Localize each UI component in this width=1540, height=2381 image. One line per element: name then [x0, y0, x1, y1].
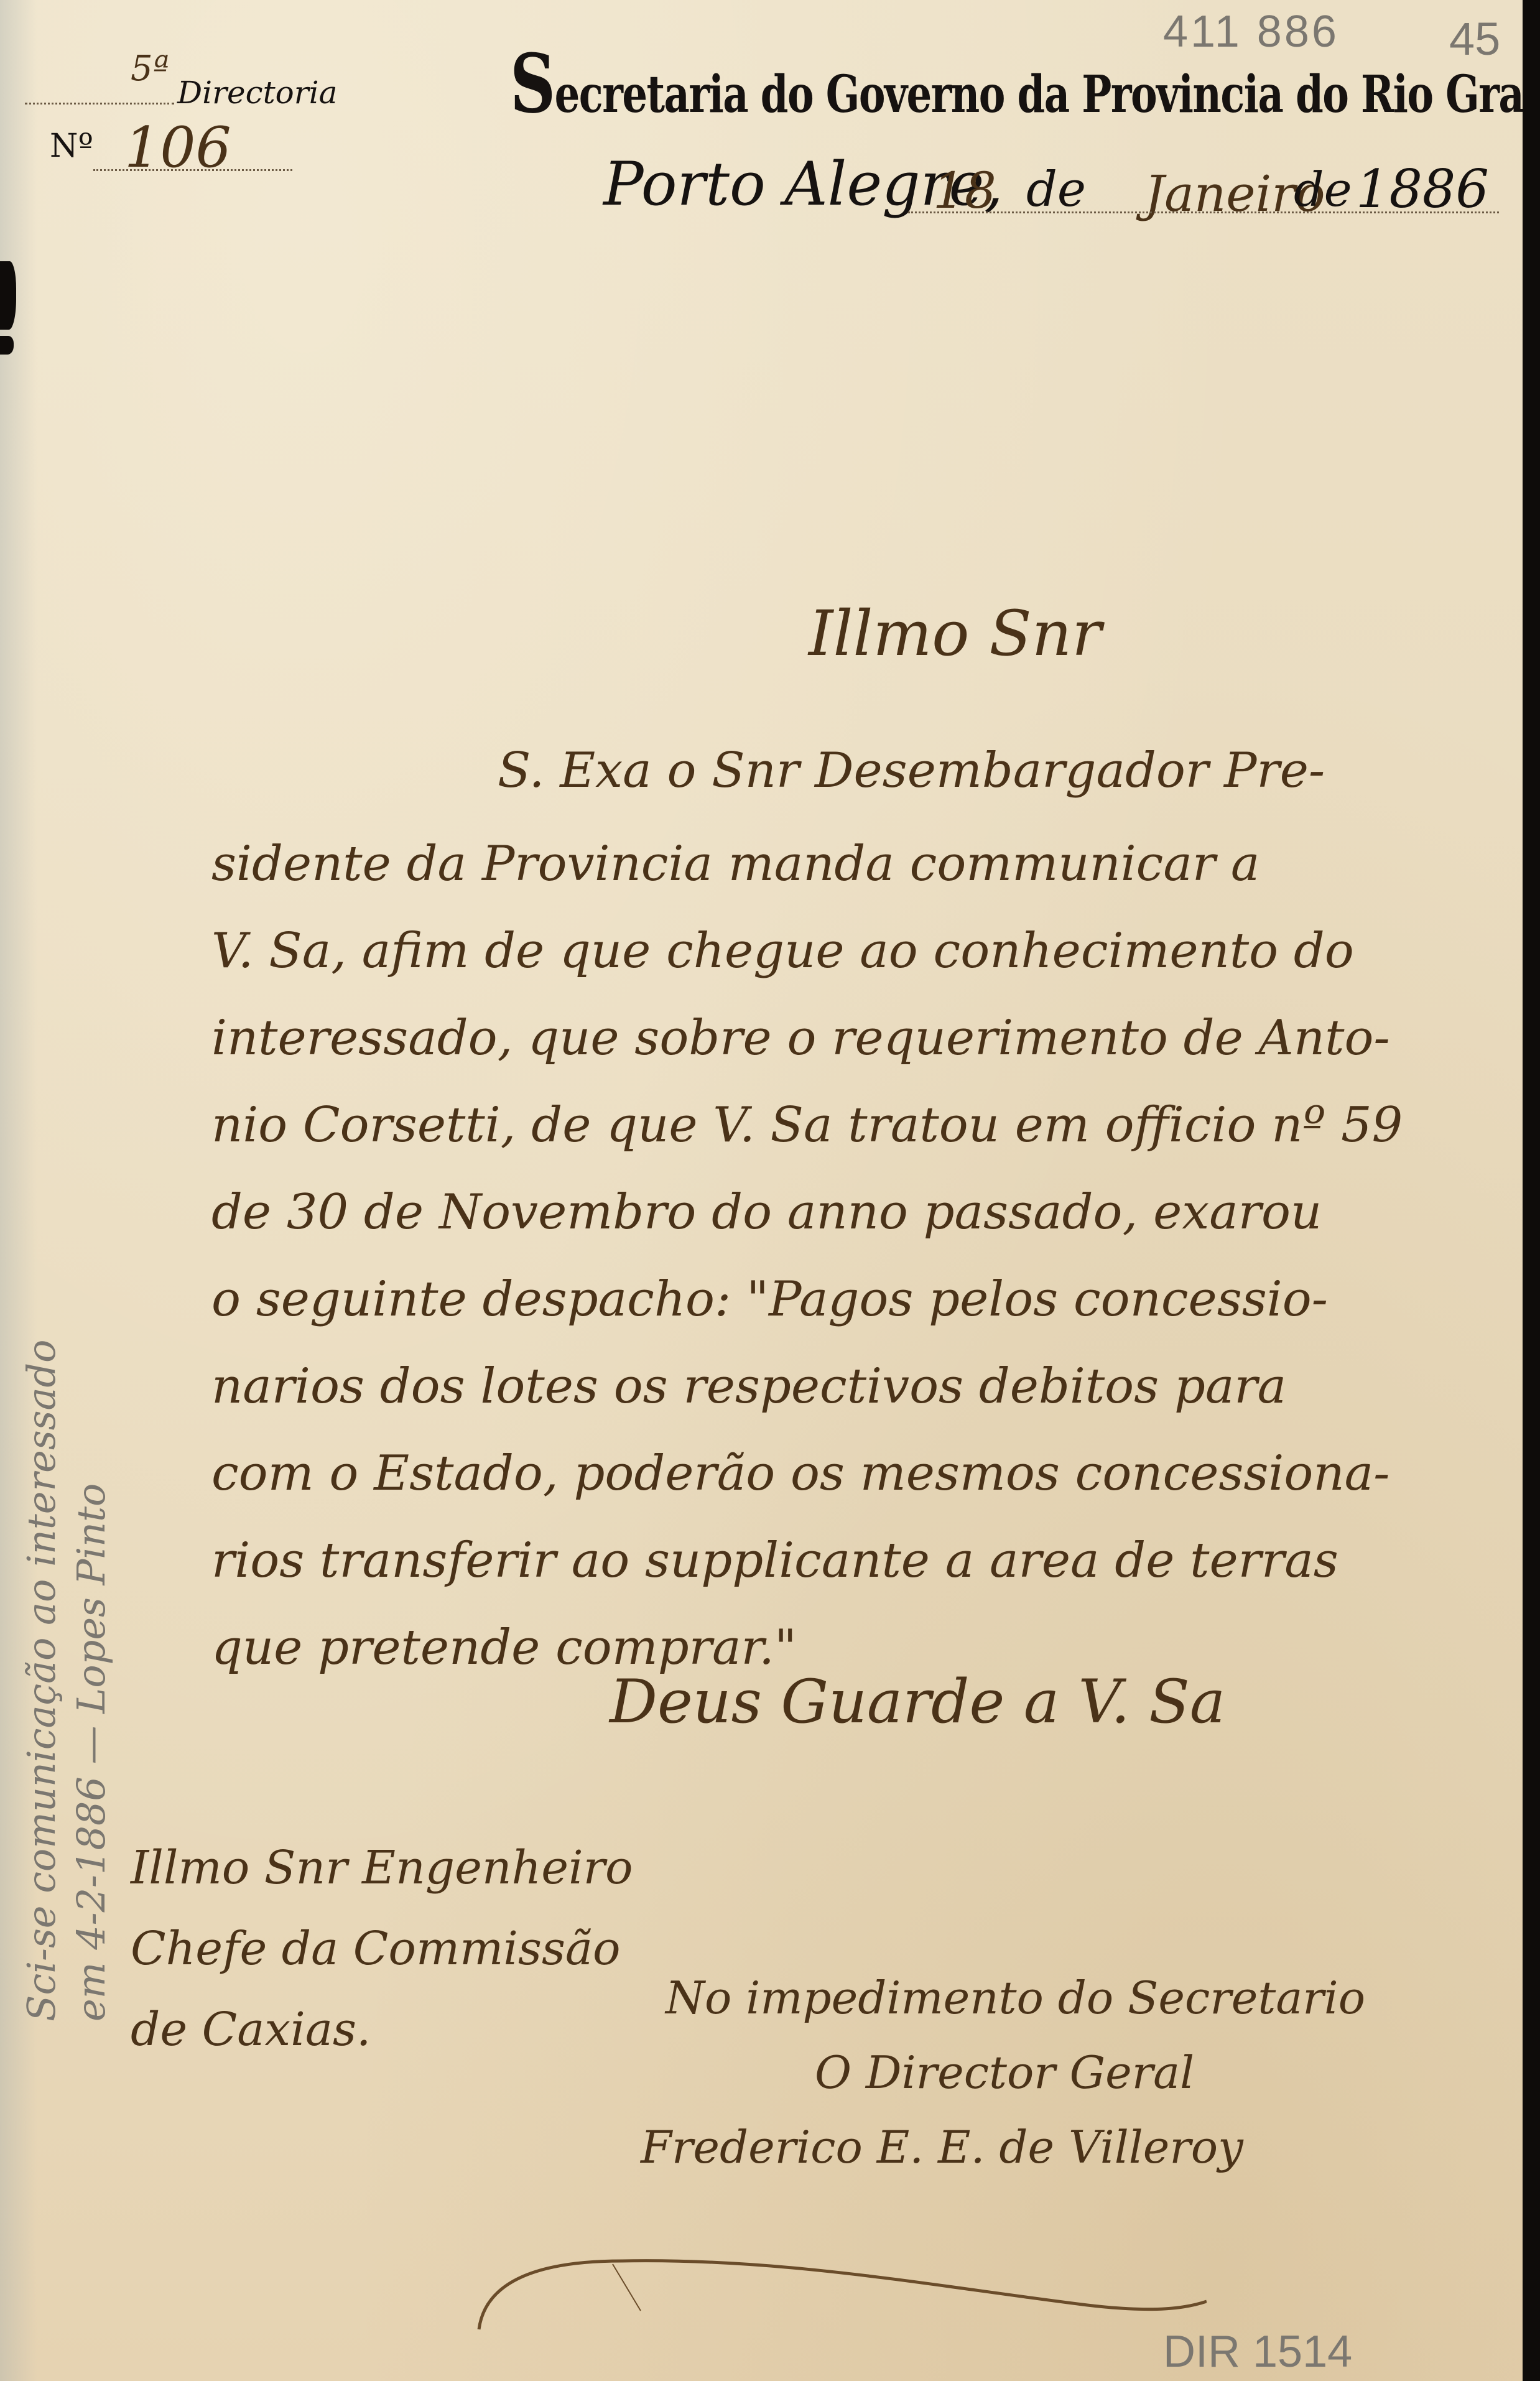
signature-flourish-icon [460, 2227, 1207, 2351]
body-line-7: o seguinte despacho: "Pagos pelos conces… [211, 1275, 1328, 1324]
date-dotted-line [908, 211, 1499, 213]
letterhead-title: Secretaria do Governo da Provincia do Ri… [510, 44, 1540, 124]
salutation: Illmo Snr [809, 597, 1102, 670]
catalog-code: DIR 1514 [1163, 2326, 1352, 2377]
body-line-9: com o Estado, poderão os mesmos concessi… [211, 1449, 1389, 1498]
letterhead-text: ecretaria do Governo da Provincia do Rio… [555, 65, 1540, 124]
number-dotted-line [93, 169, 292, 171]
signature-line-2: O Director Geral [815, 2046, 1194, 2099]
body-line-2: sidente da Provincia manda communicar a [211, 840, 1259, 888]
body-line-11: que pretende comprar." [211, 1623, 797, 1672]
body-line-1: S. Exa o Snr Desembargador Pre- [498, 746, 1325, 795]
body-line-8: narios dos lotes os respectivos debitos … [211, 1362, 1286, 1411]
place-date-line: Porto Alegre, 18 de Janeiro de 1886 [603, 149, 1499, 218]
body-line-3: V. Sa, afim de que chegue ao conheciment… [211, 927, 1354, 975]
margin-note-line-1: Sci-se comunicação ao interessado [19, 1340, 64, 2021]
addressee-line-2: Chefe da Commissão [131, 1922, 621, 1975]
date-year: 1886 [1356, 159, 1489, 220]
body-line-4: interessado, que sobre o requerimento de… [211, 1014, 1390, 1062]
date-preposition-2: de [1294, 162, 1352, 217]
number-label: Nº [50, 128, 93, 165]
signature-line-3: Frederico E. E. de Villeroy [641, 2121, 1243, 2173]
addressee-line-3: de Caxias. [131, 2003, 371, 2056]
directoria-dotted-line [25, 103, 174, 104]
ink-blot-upper [0, 261, 16, 330]
date-preposition-1: de [1026, 162, 1086, 218]
page-left-shadow [0, 0, 37, 2381]
letterhead-initial: S [510, 36, 555, 131]
closing-formula: Deus Guarde a V. Sa [610, 1667, 1225, 1737]
document-page: 411 886 45 5ª Directoria Nº 106 Secretar… [0, 0, 1523, 2381]
addressee-line-1: Illmo Snr Engenheiro [131, 1841, 633, 1895]
signature-line-1: No impedimento do Secretario [666, 1972, 1365, 2024]
margin-note-line-2: em 4-2-1886 — Lopes Pinto [68, 1483, 114, 2021]
body-line-10: rios transferir ao supplicante a area de… [211, 1536, 1338, 1585]
body-line-5: nio Corsetti, de que V. Sa tratou em off… [211, 1101, 1403, 1149]
body-line-6: de 30 de Novembro do anno passado, exaro… [211, 1188, 1322, 1237]
scan-border-right [1523, 0, 1540, 2381]
ink-blot-lower [0, 336, 14, 355]
directoria-number: 5ª [131, 49, 169, 89]
directoria-label: Directoria [177, 75, 337, 111]
